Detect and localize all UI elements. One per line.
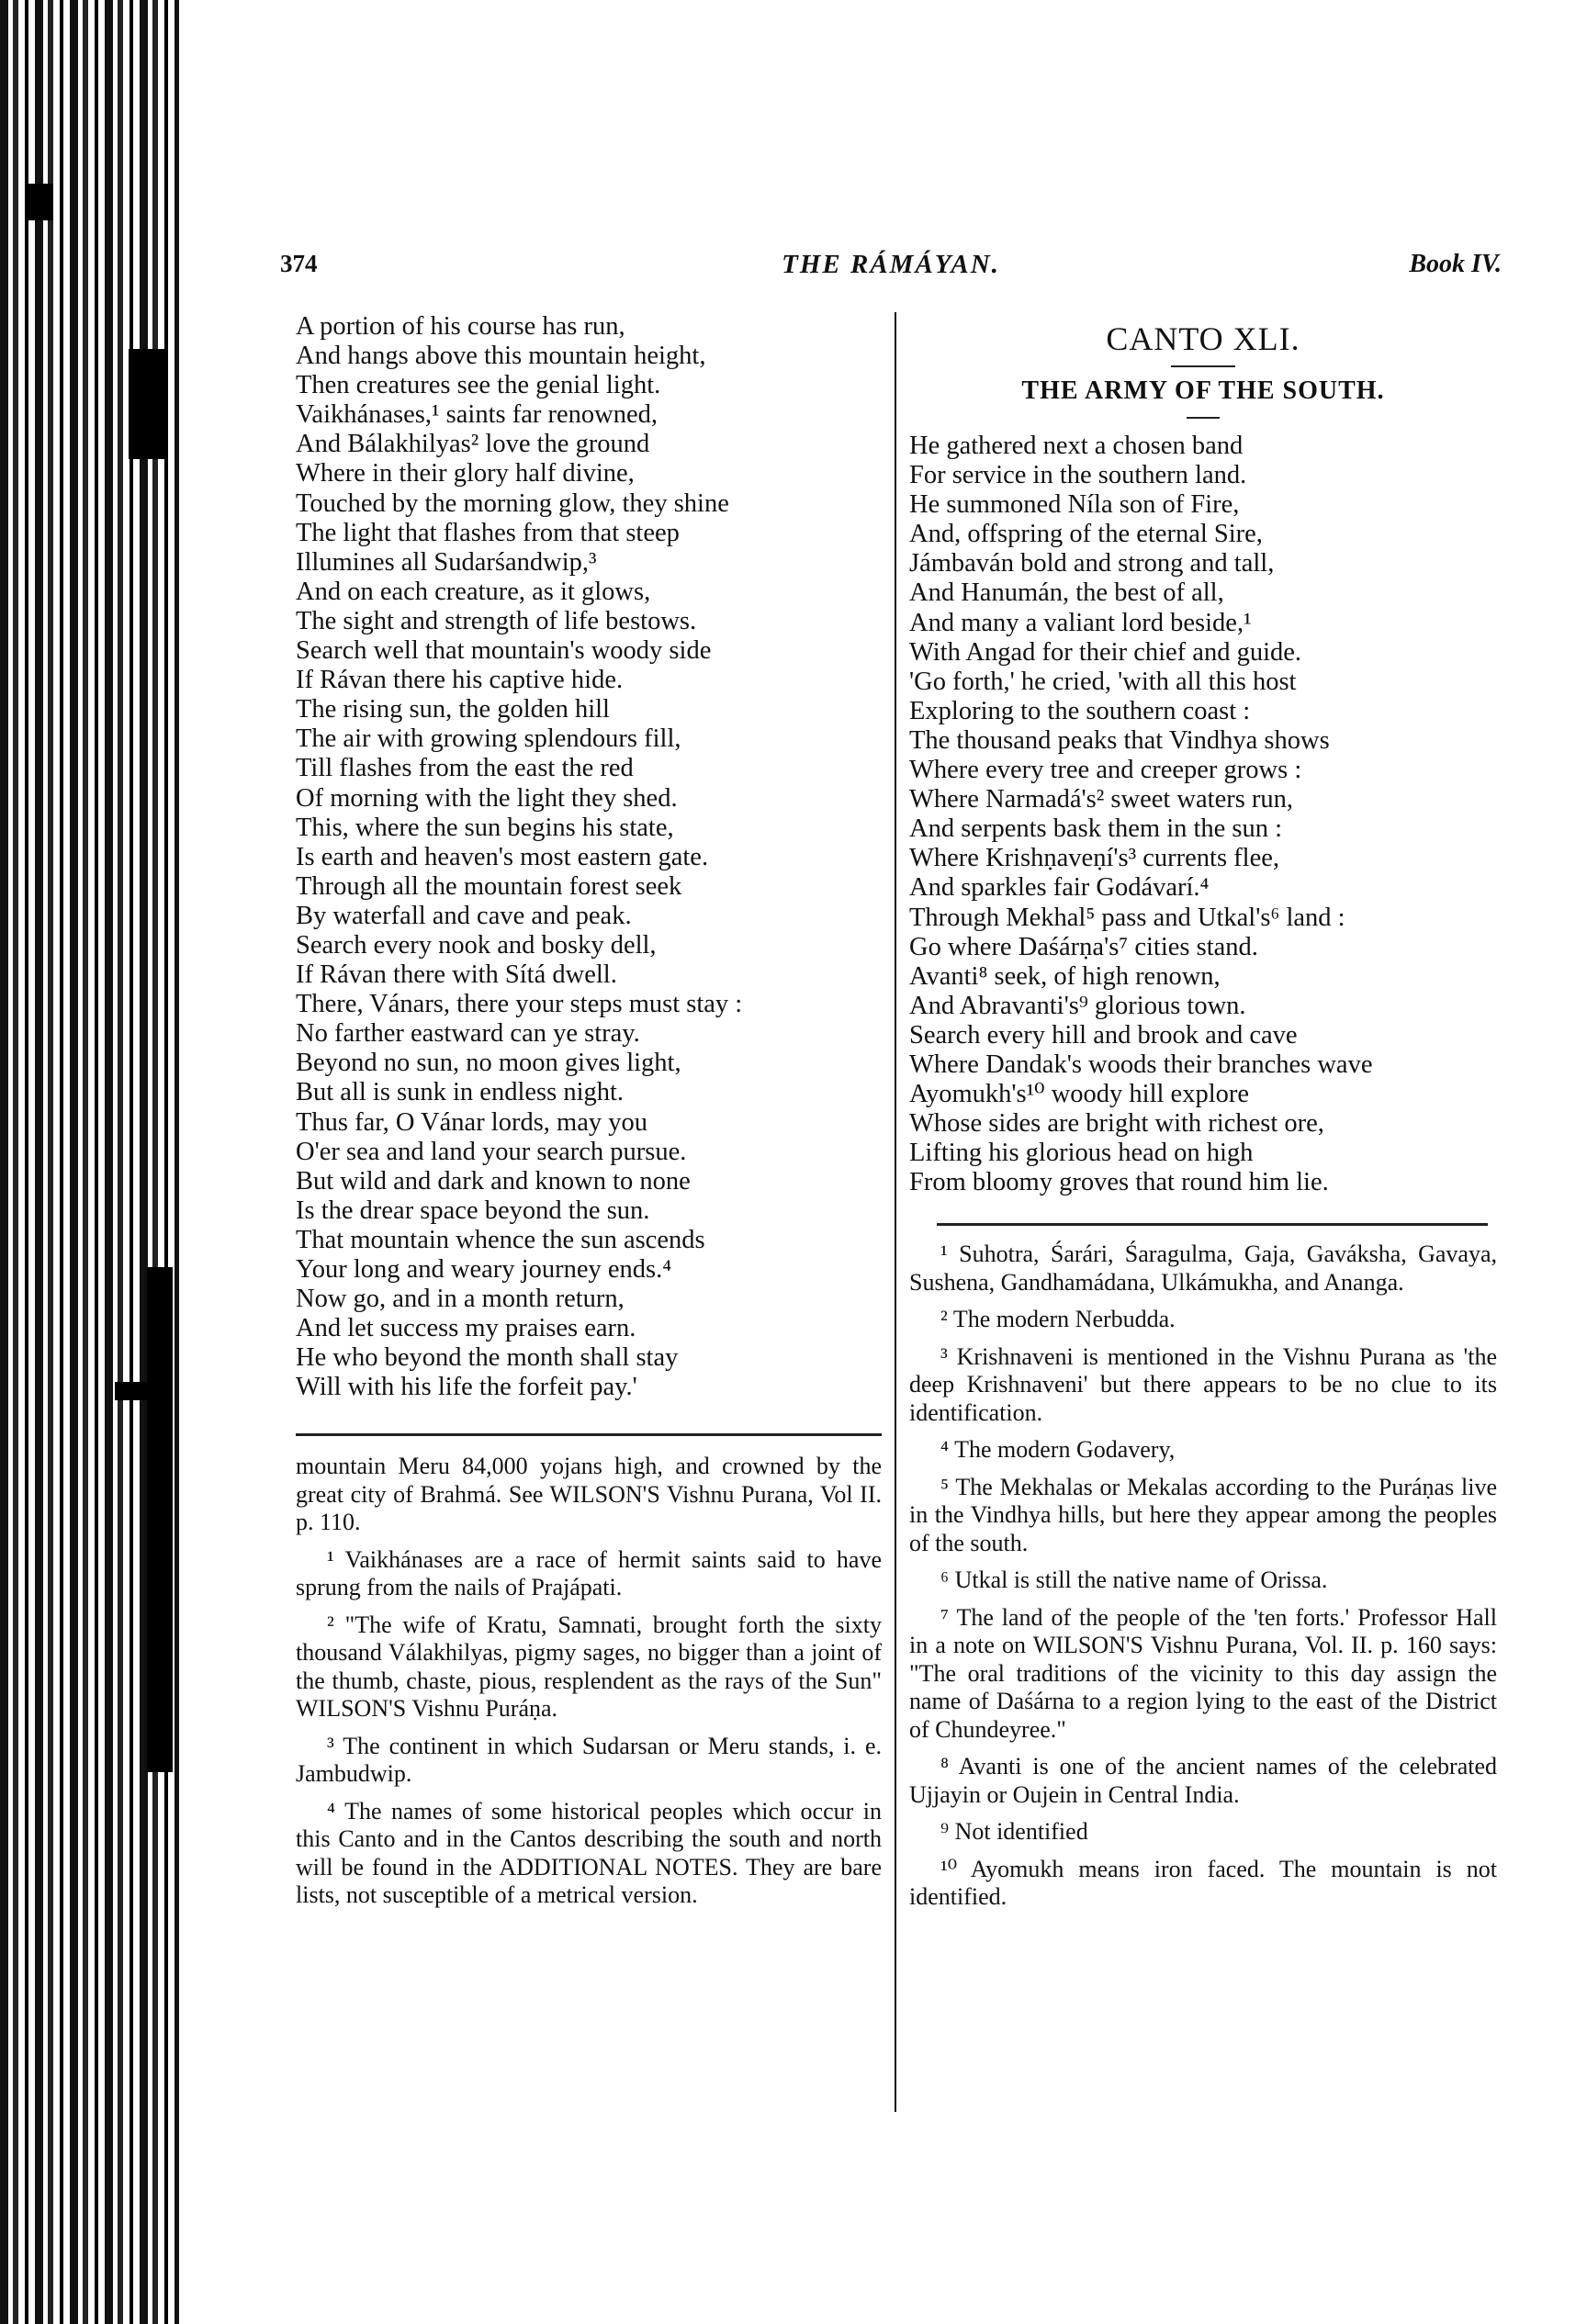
verse-line: And many a valiant lord beside,¹	[909, 609, 1497, 638]
verse-line: By waterfall and cave and peak.	[296, 902, 882, 931]
page-margin	[180, 0, 187, 2324]
verse-line: O'er sea and land your search pursue.	[296, 1138, 882, 1167]
footnote-8: ⁸ Avanti is one of the ancient names of …	[909, 1753, 1497, 1809]
verse-line: For service in the southern land.	[909, 461, 1497, 490]
verse-line: A portion of his course has run,	[296, 312, 882, 342]
verse-line: Whose sides are bright with richest ore,	[909, 1109, 1497, 1139]
right-column: CANTO XLI. THE ARMY OF THE SOUTH. He gat…	[909, 312, 1497, 1921]
verse-line: He gathered next a chosen band	[909, 432, 1497, 461]
verse-line: The thousand peaks that Vindhya shows	[909, 726, 1497, 756]
verse-line: Is earth and heaven's most eastern gate.	[296, 843, 882, 872]
footnote-9: ⁹ Not identified	[909, 1818, 1497, 1847]
running-title: THE RÁMÁYAN.	[280, 250, 1502, 280]
footnote-continued: mountain Meru 84,000 yojans high, and cr…	[296, 1453, 882, 1537]
verse-line: Exploring to the southern coast :	[909, 697, 1497, 726]
verse-line: Your long and weary journey ends.⁴	[296, 1255, 882, 1285]
binding-mark	[28, 184, 53, 220]
verse-line: The sight and strength of life bestows.	[296, 607, 882, 636]
footnote-rule	[296, 1433, 882, 1436]
verse-line: Touched by the morning glow, they shine	[296, 489, 882, 519]
verse-line: He summoned Níla son of Fire,	[909, 490, 1497, 520]
verse-line: Search well that mountain's woody side	[296, 636, 882, 666]
verse-line: And Hanumán, the best of all,	[909, 578, 1497, 608]
footnote-7: ⁷ The land of the people of the 'ten for…	[909, 1604, 1497, 1745]
footnote-1: ¹ Suhotra, Śarári, Śaragulma, Gaja, Gavá…	[909, 1241, 1497, 1297]
verse-line: And Abravanti's⁹ glorious town.	[909, 992, 1497, 1021]
footnotes: mountain Meru 84,000 yojans high, and cr…	[296, 1453, 882, 1910]
verse-line: Where in their glory half divine,	[296, 459, 882, 488]
verse-line: Search every hill and brook and cave	[909, 1021, 1497, 1050]
verse-line: Where every tree and creeper grows :	[909, 756, 1497, 785]
book-label: Book IV.	[1409, 250, 1502, 279]
left-column: A portion of his course has run, And han…	[296, 312, 882, 1919]
verse-line: Is the drear space beyond the sun.	[296, 1196, 882, 1226]
verse-line: Ayomukh's¹⁰ woody hill explore	[909, 1080, 1497, 1109]
verse-line: From bloomy groves that round him lie.	[909, 1168, 1497, 1197]
verse-line: He who beyond the month shall stay	[296, 1343, 882, 1373]
verse-line: Of morning with the light they shed.	[296, 784, 882, 814]
verse-line: Where Dandak's woods their branches wave	[909, 1050, 1497, 1080]
verse-line: If Rávan there with Sítá dwell.	[296, 960, 882, 990]
canto-subtitle: THE ARMY OF THE SOUTH.	[909, 376, 1497, 406]
footnote-4: ⁴ The names of some historical peoples w…	[296, 1798, 882, 1910]
binding-mark	[129, 349, 165, 459]
verse-line: Will with his life the forfeit pay.'	[296, 1373, 882, 1402]
verse-line: Where Narmadá's² sweet waters run,	[909, 785, 1497, 814]
verse-line: Vaikhánases,¹ saints far renowned,	[296, 400, 882, 430]
verse-line: And hangs above this mountain height,	[296, 342, 882, 371]
footnote-5: ⁵ The Mekhalas or Mekalas according to t…	[909, 1474, 1497, 1558]
verse-line: No farther eastward can ye stray.	[296, 1019, 882, 1049]
verse-line: And sparkles fair Godávarí.⁴	[909, 873, 1497, 903]
footnote-rule	[937, 1223, 1488, 1226]
verse-block: A portion of his course has run, And han…	[296, 312, 882, 1402]
footnotes: ¹ Suhotra, Śarári, Śaragulma, Gaja, Gavá…	[909, 1241, 1497, 1912]
verse-line: Where Krishṇaveṇí's³ currents flee,	[909, 844, 1497, 873]
footnote-2: ² "The wife of Kratu, Samnati, brought f…	[296, 1611, 882, 1723]
verse-line: And on each creature, as it glows,	[296, 578, 882, 607]
verse-line: And, offspring of the eternal Sire,	[909, 520, 1497, 549]
verse-line: 'Go forth,' he cried, 'with all this hos…	[909, 668, 1497, 697]
verse-line: But all is sunk in endless night.	[296, 1078, 882, 1107]
footnote-4: ⁴ The modern Godavery,	[909, 1436, 1497, 1465]
verse-line: Then creatures see the genial light.	[296, 371, 882, 400]
verse-line: And Bálakhilyas² love the ground	[296, 430, 882, 459]
footnote-6: ⁶ Utkal is still the native name of Oris…	[909, 1566, 1497, 1595]
verse-line: Beyond no sun, no moon gives light,	[296, 1049, 882, 1078]
verse-line: The rising sun, the golden hill	[296, 695, 882, 724]
title-rule	[1171, 365, 1235, 367]
verse-block: He gathered next a chosen band For servi…	[909, 432, 1497, 1197]
running-head: 374 THE RÁMÁYAN. Book IV.	[280, 250, 1502, 286]
footnote-1: ¹ Vaikhánases are a race of hermit saint…	[296, 1546, 882, 1602]
verse-line: With Angad for their chief and guide.	[909, 638, 1497, 668]
binding-mark	[147, 1267, 173, 1772]
verse-line: But wild and dark and known to none	[296, 1167, 882, 1196]
verse-line: And serpents bask them in the sun :	[909, 814, 1497, 844]
verse-line: The light that flashes from that steep	[296, 519, 882, 548]
verse-line: The air with growing splendours fill,	[296, 724, 882, 754]
verse-line: This, where the sun begins his state,	[296, 814, 882, 843]
column-divider	[895, 312, 896, 2112]
verse-line: Through all the mountain forest seek	[296, 872, 882, 902]
footnote-10: ¹⁰ Ayomukh means iron faced. The mountai…	[909, 1856, 1497, 1912]
footnote-2: ² The modern Nerbudda.	[909, 1306, 1497, 1334]
subtitle-rule	[1187, 417, 1220, 419]
verse-line: Jámbaván bold and strong and tall,	[909, 549, 1497, 578]
verse-line: Illumines all Sudarśandwip,³	[296, 548, 882, 578]
verse-line: That mountain whence the sun ascends	[296, 1226, 882, 1255]
verse-line: Lifting his glorious head on high	[909, 1139, 1497, 1168]
book-binding-edge	[0, 0, 179, 2324]
canto-title: CANTO XLI.	[909, 320, 1497, 358]
verse-line: Now go, and in a month return,	[296, 1285, 882, 1314]
verse-line: Search every nook and bosky dell,	[296, 931, 882, 960]
footnote-3: ³ Krishnaveni is mentioned in the Vishnu…	[909, 1343, 1497, 1428]
footnote-3: ³ The continent in which Sudarsan or Mer…	[296, 1733, 882, 1789]
verse-line: And let success my praises earn.	[296, 1314, 882, 1343]
verse-line: Avanti⁸ seek, of high renown,	[909, 962, 1497, 992]
verse-line: Go where Daśárṇa's⁷ cities stand.	[909, 933, 1497, 962]
verse-line: Till flashes from the east the red	[296, 754, 882, 783]
verse-line: Through Mekhal⁵ pass and Utkal's⁶ land :	[909, 904, 1497, 933]
verse-line: Thus far, O Vánar lords, may you	[296, 1108, 882, 1138]
binding-mark	[115, 1382, 152, 1400]
verse-line: There, Vánars, there your steps must sta…	[296, 990, 882, 1019]
verse-line: If Rávan there his captive hide.	[296, 666, 882, 695]
